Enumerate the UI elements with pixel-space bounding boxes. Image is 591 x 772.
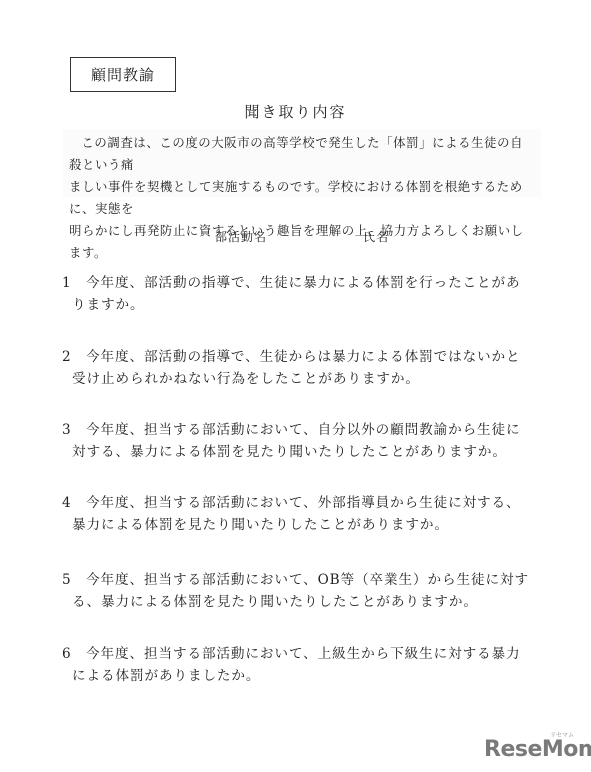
intro-notice: この調査は、この度の大阪市の高等学校で発生した「体罰」による生徒の自殺という痛 … [63, 129, 541, 197]
question-1: 1今年度、部活動の指導で、生徒に暴力による体罰を行ったことがあ りますか。 [62, 272, 532, 316]
role-label-box: 顧問教諭 [70, 57, 176, 92]
logo-text: ReseMom [484, 737, 591, 762]
question-text-continued: る、暴力による体罰を見たり聞いたりしたことがありますか。 [62, 591, 532, 613]
question-text-continued: 受け止められかねない行為をしたことがありますか。 [62, 368, 532, 390]
question-text: 今年度、担当する部活動において、上級生から下級生に対する暴力 [86, 646, 521, 662]
question-number: 2 [62, 346, 86, 368]
question-6: 6今年度、担当する部活動において、上級生から下級生に対する暴力 による体罰があり… [62, 643, 532, 687]
name-label: 氏名 [363, 228, 389, 245]
question-number: 5 [62, 569, 86, 591]
intro-line: ましい事件を契機として実施するものです。学校における体罰を根絶するために、実態を [69, 176, 535, 220]
question-4: 4今年度、担当する部活動において、外部指導員から生徒に対する、 暴力による体罰を… [62, 492, 532, 536]
club-name-label: 部活動名 [215, 228, 267, 245]
question-2: 2今年度、部活動の指導で、生徒からは暴力による体罰ではないかと 受け止められかね… [62, 346, 532, 390]
question-text: 今年度、部活動の指導で、生徒に暴力による体罰を行ったことがあ [86, 275, 521, 291]
question-text: 今年度、担当する部活動において、自分以外の顧問教諭から生徒に [86, 422, 521, 438]
question-text: 今年度、部活動の指導で、生徒からは暴力による体罰ではないかと [86, 349, 521, 365]
question-text-continued: りますか。 [62, 294, 532, 316]
question-3: 3今年度、担当する部活動において、自分以外の顧問教諭から生徒に 対する、暴力によ… [62, 419, 532, 463]
question-text: 今年度、担当する部活動において、OB等（卒業生）から生徒に対す [86, 572, 529, 588]
intro-line: 明らかにし再発防止に資するという趣旨を理解の上、協力方よろしくお願いします。 [69, 220, 535, 264]
question-5: 5今年度、担当する部活動において、OB等（卒業生）から生徒に対す る、暴力による… [62, 569, 532, 613]
question-text-continued: 対する、暴力による体罰を見たり聞いたりしたことがありますか。 [62, 441, 532, 463]
question-text-continued: 暴力による体罰を見たり聞いたりしたことがありますか。 [62, 514, 532, 536]
question-number: 3 [62, 419, 86, 441]
question-number: 4 [62, 492, 86, 514]
document-title: 聞き取り内容 [0, 101, 591, 122]
question-text-continued: による体罰がありましたか。 [62, 665, 532, 687]
role-label: 顧問教諭 [91, 64, 155, 85]
resemom-logo: リセマム ReseMom [484, 733, 584, 765]
intro-line: この調査は、この度の大阪市の高等学校で発生した「体罰」による生徒の自殺という痛 [69, 132, 535, 176]
question-text: 今年度、担当する部活動において、外部指導員から生徒に対する、 [86, 495, 521, 511]
question-number: 6 [62, 643, 86, 665]
question-number: 1 [62, 272, 86, 294]
